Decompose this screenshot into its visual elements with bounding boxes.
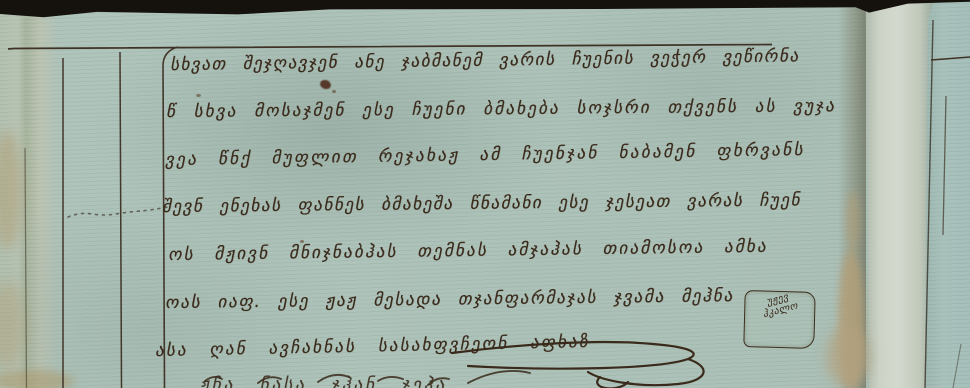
manuscript-scan: სხვათ შეჯღავჯენ ანე ჯაბმანემ ვარის ჩუენი… — [0, 0, 970, 388]
facing-page-horizontal-rule — [931, 57, 970, 60]
edge-crease-line — [25, 148, 27, 388]
gutter-crease-line — [925, 20, 933, 388]
text-line-partial: ჟჩა ნასა ჯჰან ჯეჰა — [200, 377, 447, 388]
facing-page-corner-rule — [953, 344, 961, 388]
facing-page-vertical-rule — [943, 96, 946, 235]
dotted-marginalia — [68, 207, 168, 217]
column-rule-2 — [120, 52, 122, 388]
seal-text: უჟევ ჰკალო — [751, 289, 807, 323]
column-rule-3-with-hook — [163, 47, 178, 388]
notary-seal-box: უჟევ ჰკალო — [743, 290, 815, 349]
